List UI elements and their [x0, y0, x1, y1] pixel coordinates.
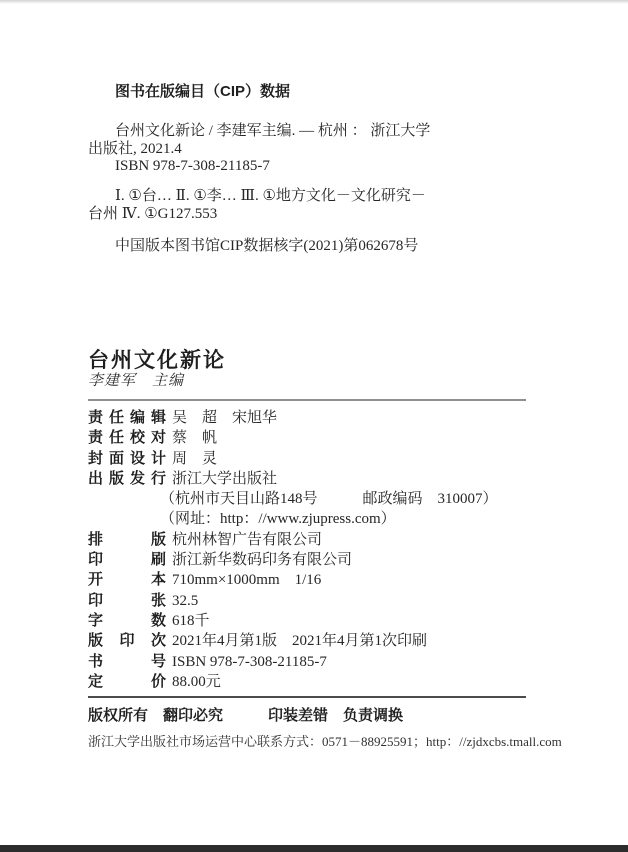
- book-editor: 李建军 主编: [88, 371, 184, 391]
- colophon-row: 字数618千: [88, 611, 558, 631]
- colophon-value: 蔡 帆: [172, 430, 217, 446]
- cip-registry-line: 中国版本图书馆CIP数据核字(2021)第062678号: [115, 237, 418, 255]
- divider-rule-bottom: [88, 696, 526, 698]
- colophon-row: 书号ISBN 978-7-308-21185-7: [88, 652, 558, 672]
- colophon-value: 吴 超 宋旭华: [172, 410, 277, 426]
- colophon-row: 定价88.00元: [88, 672, 558, 692]
- colophon-label: 印刷: [88, 550, 166, 570]
- colophon-row: 责任编辑吴 超 宋旭华: [88, 408, 558, 428]
- colophon-label: 责任校对: [88, 428, 166, 448]
- colophon-row: （杭州市天目山路148号 邮政编码 310007）: [88, 489, 558, 509]
- colophon-label: 字数: [88, 611, 166, 631]
- cip-record-line: 出版社, 2021.4: [88, 141, 548, 159]
- colophon-row: 封面设计周 灵: [88, 449, 558, 469]
- colophon-value: 88.00元: [172, 674, 221, 690]
- colophon-value: 周 灵: [172, 451, 217, 467]
- cip-heading: 图书在版编目（CIP）数据: [115, 83, 290, 101]
- cip-record-line: 台州文化新论 / 李建军主编. — 杭州 ： 浙江大学: [88, 123, 548, 141]
- cip-record-block: 台州文化新论 / 李建军主编. — 杭州 ： 浙江大学 出版社, 2021.4 …: [88, 123, 548, 176]
- page-bottom-edge: [0, 845, 628, 852]
- colophon-row: 版印次2021年4月第1版 2021年4月第1次印刷: [88, 631, 558, 651]
- colophon-row: 开本710mm×1000mm 1/16: [88, 570, 558, 590]
- colophon-value: 2021年4月第1版 2021年4月第1次印刷: [172, 633, 427, 649]
- colophon-value: 杭州林智广告有限公司: [172, 532, 322, 548]
- colophon-value: 32.5: [172, 593, 198, 609]
- cip-classification-line: Ⅰ. ①台… Ⅱ. ①李… Ⅲ. ①地方文化－文化研究－: [88, 187, 548, 205]
- divider-rule-top: [88, 399, 526, 401]
- colophon-value: ISBN 978-7-308-21185-7: [172, 654, 327, 670]
- colophon-row: 责任校对蔡 帆: [88, 428, 558, 448]
- colophon-label: 书号: [88, 652, 166, 672]
- colophon-value: 710mm×1000mm 1/16: [172, 572, 321, 588]
- colophon-label: 出版发行: [88, 469, 166, 489]
- colophon-value: 浙江大学出版社: [172, 471, 277, 487]
- colophon-row: （网址：http：//www.zjupress.com）: [88, 509, 558, 529]
- copyright-notice: 版权所有 翻印必究 印装差错 负责调换: [88, 706, 403, 726]
- publisher-contact-line: 浙江大学出版社市场运营中心联系方式：0571－88925591；http：//z…: [88, 733, 562, 750]
- colophon-value: （杭州市天目山路148号 邮政编码 310007）: [160, 491, 498, 507]
- page-top-edge: [0, 0, 628, 4]
- colophon-row: 印张32.5: [88, 591, 558, 611]
- colophon-label: 版印次: [88, 631, 166, 651]
- book-copyright-page: 图书在版编目（CIP）数据 台州文化新论 / 李建军主编. — 杭州 ： 浙江大…: [0, 0, 628, 852]
- colophon-label: 定价: [88, 672, 166, 692]
- colophon-label: 开本: [88, 570, 166, 590]
- colophon-value: 618千: [172, 613, 210, 629]
- colophon-row: 出版发行浙江大学出版社: [88, 469, 558, 489]
- colophon-label: 责任编辑: [88, 408, 166, 428]
- colophon-value: 浙江新华数码印务有限公司: [172, 552, 352, 568]
- cip-record-line: ISBN 978-7-308-21185-7: [88, 158, 548, 176]
- colophon-row: 印刷浙江新华数码印务有限公司: [88, 550, 558, 570]
- colophon-list: 责任编辑吴 超 宋旭华 责任校对蔡 帆 封面设计周 灵 出版发行浙江大学出版社 …: [88, 408, 558, 692]
- cip-classification-line: 台州 Ⅳ. ①G127.553: [88, 205, 548, 223]
- colophon-value: （网址：http：//www.zjupress.com）: [160, 511, 396, 527]
- colophon-row: 排版杭州林智广告有限公司: [88, 530, 558, 550]
- colophon-label: 排版: [88, 530, 166, 550]
- colophon-label: 印张: [88, 591, 166, 611]
- cip-classification-block: Ⅰ. ①台… Ⅱ. ①李… Ⅲ. ①地方文化－文化研究－ 台州 Ⅳ. ①G127…: [88, 187, 548, 223]
- colophon-label: 封面设计: [88, 449, 166, 469]
